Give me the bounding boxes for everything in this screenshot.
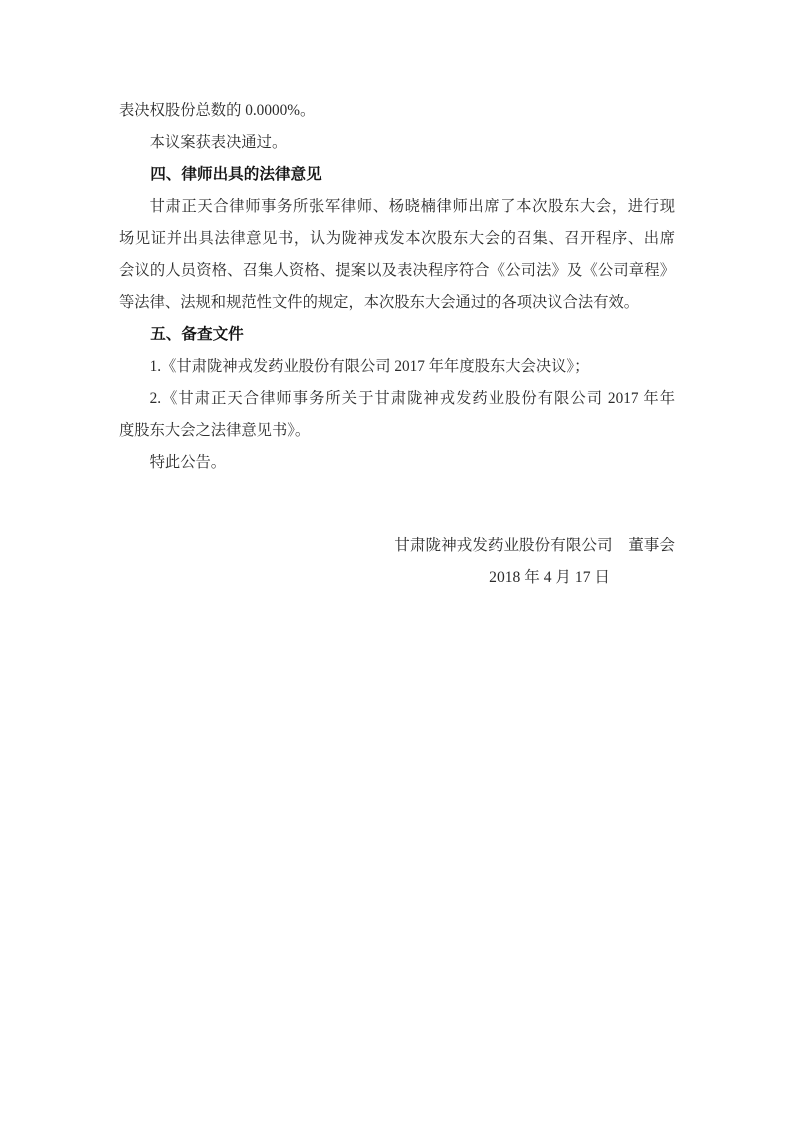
signature-company-line: 甘肃陇神戎发药业股份有限公司 董事会: [119, 530, 675, 562]
body-line: 本议案获表决通过。: [119, 127, 675, 159]
body-line: 会议的人员资格、召集人资格、提案以及表决程序符合《公司法》及《公司章程》: [119, 255, 675, 287]
body-line: 1.《甘肃陇神戎发药业股份有限公司 2017 年年度股东大会决议》；: [119, 351, 675, 383]
body-line: 特此公告。: [119, 447, 675, 479]
section-heading: 四、律师出具的法律意见: [119, 159, 675, 191]
body-line: 场见证并出具法律意见书，认为陇神戎发本次股东大会的召集、召开程序、出席: [119, 223, 675, 255]
body-line: 表决权股份总数的 0.0000%。: [119, 95, 675, 127]
document-body: 表决权股份总数的 0.0000%。本议案获表决通过。四、律师出具的法律意见甘肃正…: [119, 95, 675, 479]
section-heading: 五、备查文件: [119, 319, 675, 351]
body-line: 度股东大会之法律意见书》。: [119, 415, 675, 447]
document-page: 表决权股份总数的 0.0000%。本议案获表决通过。四、律师出具的法律意见甘肃正…: [0, 0, 793, 1122]
body-line: 甘肃正天合律师事务所张军律师、杨晓楠律师出席了本次股东大会，进行现: [119, 191, 675, 223]
signature-block: 甘肃陇神戎发药业股份有限公司 董事会 2018 年 4 月 17 日: [119, 530, 675, 594]
body-line: 等法律、法规和规范性文件的规定，本次股东大会通过的各项决议合法有效。: [119, 287, 675, 319]
body-line: 2.《甘肃正天合律师事务所关于甘肃陇神戎发药业股份有限公司 2017 年年: [119, 383, 675, 415]
signature-date-line: 2018 年 4 月 17 日: [119, 562, 675, 594]
